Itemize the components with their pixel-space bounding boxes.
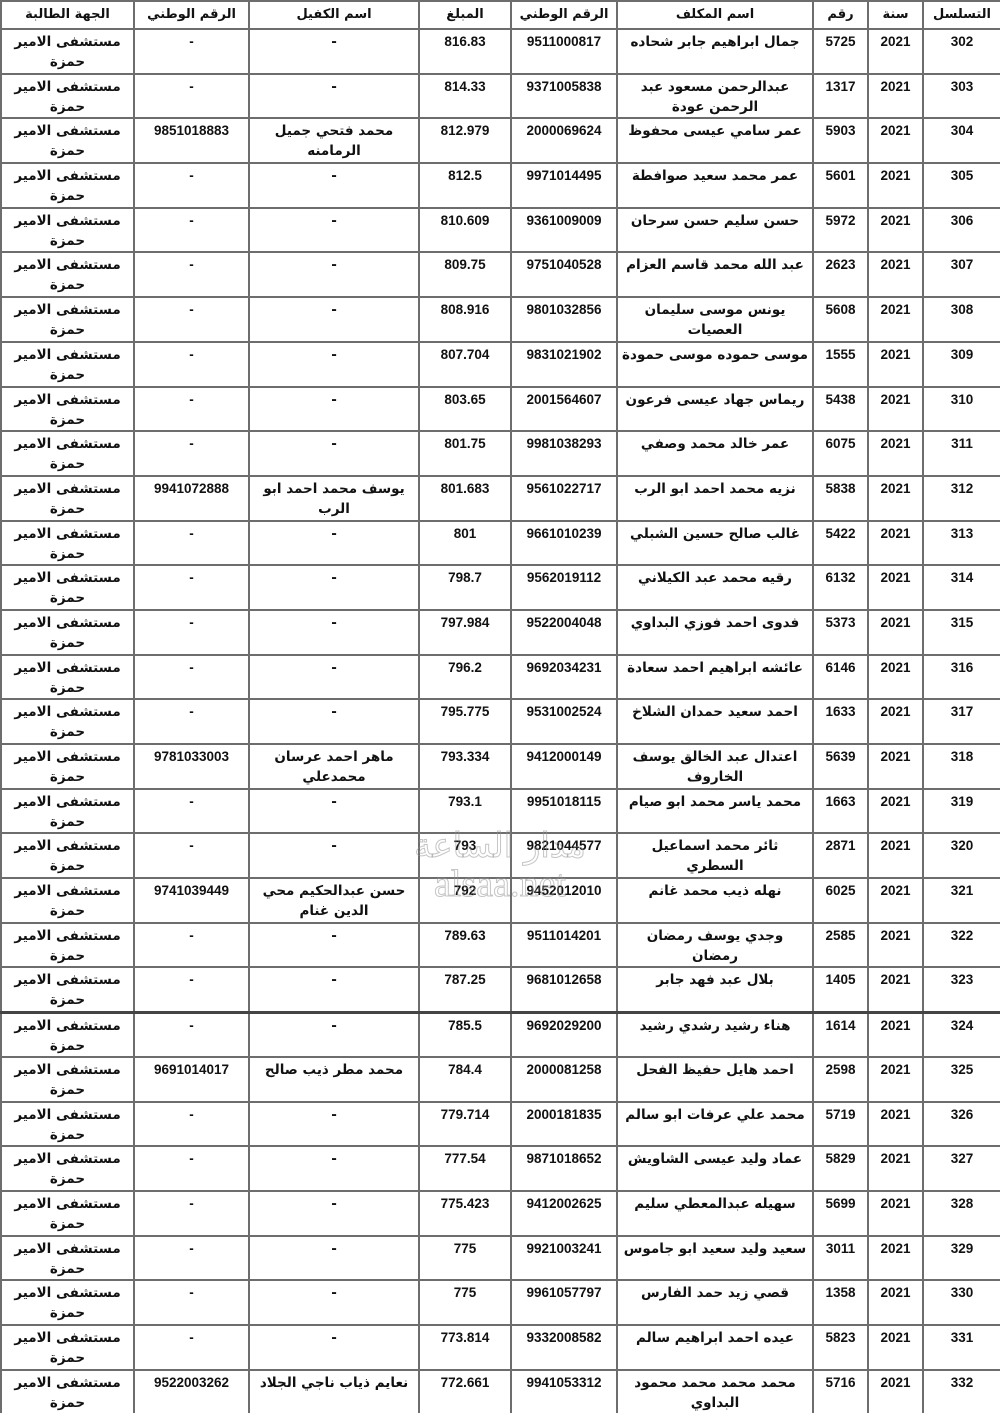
- cell-amount: 775: [419, 1280, 511, 1325]
- cell-guarantor-id: -: [134, 1325, 249, 1370]
- cell-guarantor-id: -: [134, 565, 249, 610]
- cell-number: 1405: [813, 967, 868, 1012]
- cell-name: فدوى احمد فوزي البداوي: [617, 610, 813, 655]
- table-row: 32820215699سهيله عبدالمعطي سليم941200262…: [1, 1191, 1000, 1236]
- cell-serial: 330: [923, 1280, 1000, 1325]
- cell-guarantor-name: -: [249, 521, 419, 566]
- liabilities-table: التسلسل سنة رقم اسم المكلف الرقم الوطني …: [0, 0, 1000, 1413]
- cell-name: عائشه ابراهيم احمد سعادة: [617, 655, 813, 700]
- cell-name: عبد الله محمد قاسم العزام: [617, 252, 813, 297]
- cell-national-id: 9971014495: [511, 163, 617, 208]
- cell-number: 5716: [813, 1370, 868, 1413]
- table-row: 32420211614هناء رشيد رشدي رشيد9692029200…: [1, 1012, 1000, 1057]
- table-row: 30720212623عبد الله محمد قاسم العزام9751…: [1, 252, 1000, 297]
- cell-number: 5823: [813, 1325, 868, 1370]
- cell-year: 2021: [868, 699, 923, 744]
- cell-amount: 787.25: [419, 967, 511, 1012]
- cell-guarantor-id: 9851018883: [134, 118, 249, 163]
- cell-name: ثائر محمد اسماعيل السطري: [617, 833, 813, 878]
- cell-year: 2021: [868, 833, 923, 878]
- cell-national-id: 9831021902: [511, 342, 617, 387]
- cell-amount: 798.7: [419, 565, 511, 610]
- cell-amount: 784.4: [419, 1057, 511, 1102]
- table-row: 33020211358قصي زيد حمد الفارس99610577977…: [1, 1280, 1000, 1325]
- cell-guarantor-name: -: [249, 1280, 419, 1325]
- cell-national-id: 9371005838: [511, 74, 617, 119]
- cell-serial: 312: [923, 476, 1000, 521]
- cell-name: محمد ياسر محمد ابو صيام: [617, 789, 813, 834]
- cell-name: ريماس جهاد عيسى فرعون: [617, 387, 813, 432]
- cell-name: غالب صالح حسين الشبلي: [617, 521, 813, 566]
- cell-serial: 305: [923, 163, 1000, 208]
- cell-serial: 302: [923, 29, 1000, 74]
- cell-year: 2021: [868, 297, 923, 342]
- cell-number: 2585: [813, 923, 868, 968]
- table-row: 32920213011سعيد وليد سعيد ابو جاموس99210…: [1, 1236, 1000, 1281]
- cell-requesting-party: مستشفى الامير حمزة: [1, 789, 134, 834]
- cell-number: 1663: [813, 789, 868, 834]
- cell-guarantor-name: نعايم ذياب ناجي الجلاد: [249, 1370, 419, 1413]
- cell-number: 6146: [813, 655, 868, 700]
- cell-year: 2021: [868, 655, 923, 700]
- cell-guarantor-name: -: [249, 208, 419, 253]
- header-guarantor-id: الرقم الوطني: [134, 1, 249, 29]
- cell-requesting-party: مستشفى الامير حمزة: [1, 118, 134, 163]
- table-row: 30920211555موسى حموده موسى حمودة98310219…: [1, 342, 1000, 387]
- cell-amount: 773.814: [419, 1325, 511, 1370]
- cell-national-id: 9961057797: [511, 1280, 617, 1325]
- table-row: 30220215725جمال ابراهيم جابر شحاده951100…: [1, 29, 1000, 74]
- table-row: 31220215838نزيه محمد احمد ابو الرب956102…: [1, 476, 1000, 521]
- cell-guarantor-id: -: [134, 1146, 249, 1191]
- cell-national-id: 9921003241: [511, 1236, 617, 1281]
- cell-amount: 810.609: [419, 208, 511, 253]
- cell-guarantor-id: 9691014017: [134, 1057, 249, 1102]
- cell-guarantor-id: -: [134, 252, 249, 297]
- cell-national-id: 9522004048: [511, 610, 617, 655]
- cell-guarantor-id: 9941072888: [134, 476, 249, 521]
- cell-guarantor-name: -: [249, 699, 419, 744]
- cell-name: وجدي يوسف رمضان رمضان: [617, 923, 813, 968]
- cell-guarantor-id: -: [134, 1236, 249, 1281]
- cell-number: 2871: [813, 833, 868, 878]
- cell-guarantor-name: -: [249, 610, 419, 655]
- cell-serial: 306: [923, 208, 1000, 253]
- header-amount: المبلغ: [419, 1, 511, 29]
- cell-requesting-party: مستشفى الامير حمزة: [1, 297, 134, 342]
- cell-guarantor-id: 9741039449: [134, 878, 249, 923]
- table-row: 31020215438ريماس جهاد عيسى فرعون20015646…: [1, 387, 1000, 432]
- cell-serial: 307: [923, 252, 1000, 297]
- cell-requesting-party: مستشفى الامير حمزة: [1, 1370, 134, 1413]
- cell-national-id: 2000181835: [511, 1102, 617, 1147]
- cell-requesting-party: مستشفى الامير حمزة: [1, 610, 134, 655]
- cell-amount: 814.33: [419, 74, 511, 119]
- cell-number: 1614: [813, 1012, 868, 1057]
- cell-year: 2021: [868, 118, 923, 163]
- cell-number: 1317: [813, 74, 868, 119]
- cell-amount: 785.5: [419, 1012, 511, 1057]
- cell-national-id: 9821044577: [511, 833, 617, 878]
- cell-national-id: 9692034231: [511, 655, 617, 700]
- table-row: 31620216146عائشه ابراهيم احمد سعادة96920…: [1, 655, 1000, 700]
- cell-year: 2021: [868, 1325, 923, 1370]
- cell-amount: 801.75: [419, 431, 511, 476]
- cell-requesting-party: مستشفى الامير حمزة: [1, 521, 134, 566]
- cell-year: 2021: [868, 208, 923, 253]
- table-row: 30320211317عبدالرحمن مسعود عبد الرحمن عو…: [1, 74, 1000, 119]
- cell-guarantor-id: -: [134, 833, 249, 878]
- cell-year: 2021: [868, 431, 923, 476]
- cell-serial: 314: [923, 565, 1000, 610]
- cell-name: عمر محمد سعيد صوافطة: [617, 163, 813, 208]
- cell-requesting-party: مستشفى الامير حمزة: [1, 476, 134, 521]
- cell-serial: 309: [923, 342, 1000, 387]
- cell-number: 3011: [813, 1236, 868, 1281]
- cell-requesting-party: مستشفى الامير حمزة: [1, 29, 134, 74]
- cell-requesting-party: مستشفى الامير حمزة: [1, 699, 134, 744]
- cell-number: 5608: [813, 297, 868, 342]
- cell-name: نهله ذيب محمد غانم: [617, 878, 813, 923]
- cell-national-id: 2000081258: [511, 1057, 617, 1102]
- cell-serial: 331: [923, 1325, 1000, 1370]
- cell-serial: 317: [923, 699, 1000, 744]
- cell-guarantor-id: -: [134, 1012, 249, 1057]
- cell-guarantor-name: -: [249, 387, 419, 432]
- cell-name: حسن سليم حسن سرحان: [617, 208, 813, 253]
- cell-guarantor-id: -: [134, 967, 249, 1012]
- cell-serial: 326: [923, 1102, 1000, 1147]
- cell-serial: 332: [923, 1370, 1000, 1413]
- cell-requesting-party: مستشفى الامير حمزة: [1, 431, 134, 476]
- cell-guarantor-name: يوسف محمد احمد ابو الرب: [249, 476, 419, 521]
- cell-guarantor-id: -: [134, 163, 249, 208]
- cell-guarantor-name: -: [249, 1325, 419, 1370]
- cell-serial: 328: [923, 1191, 1000, 1236]
- cell-number: 5972: [813, 208, 868, 253]
- cell-guarantor-name: -: [249, 967, 419, 1012]
- cell-amount: 816.83: [419, 29, 511, 74]
- header-requesting-party: الجهة الطالبة: [1, 1, 134, 29]
- cell-requesting-party: مستشفى الامير حمزة: [1, 208, 134, 253]
- cell-requesting-party: مستشفى الامير حمزة: [1, 1057, 134, 1102]
- cell-number: 2598: [813, 1057, 868, 1102]
- cell-number: 5903: [813, 118, 868, 163]
- cell-serial: 322: [923, 923, 1000, 968]
- table-row: 32620215719محمد علي عرفات ابو سالم200018…: [1, 1102, 1000, 1147]
- cell-guarantor-id: -: [134, 74, 249, 119]
- table-row: 30620215972حسن سليم حسن سرحان93610090098…: [1, 208, 1000, 253]
- cell-serial: 316: [923, 655, 1000, 700]
- cell-name: احمد هايل حفيظ الفحل: [617, 1057, 813, 1102]
- cell-number: 2623: [813, 252, 868, 297]
- table-row: 32020212871ثائر محمد اسماعيل السطري98210…: [1, 833, 1000, 878]
- cell-amount: 801: [419, 521, 511, 566]
- cell-requesting-party: مستشفى الامير حمزة: [1, 1325, 134, 1370]
- cell-name: بلال عبد فهد جابر: [617, 967, 813, 1012]
- cell-name: عماد وليد عيسى الشاويش: [617, 1146, 813, 1191]
- table-row: 32320211405بلال عبد فهد جابر968101265878…: [1, 967, 1000, 1012]
- cell-amount: 809.75: [419, 252, 511, 297]
- cell-requesting-party: مستشفى الامير حمزة: [1, 1012, 134, 1057]
- cell-serial: 324: [923, 1012, 1000, 1057]
- cell-serial: 319: [923, 789, 1000, 834]
- cell-amount: 792: [419, 878, 511, 923]
- cell-number: 6132: [813, 565, 868, 610]
- cell-year: 2021: [868, 1146, 923, 1191]
- cell-amount: 793.1: [419, 789, 511, 834]
- cell-guarantor-id: 9522003262: [134, 1370, 249, 1413]
- cell-amount: 789.63: [419, 923, 511, 968]
- cell-year: 2021: [868, 163, 923, 208]
- cell-requesting-party: مستشفى الامير حمزة: [1, 833, 134, 878]
- cell-serial: 308: [923, 297, 1000, 342]
- cell-national-id: 2000069624: [511, 118, 617, 163]
- cell-national-id: 9511014201: [511, 923, 617, 968]
- table-row: 31920211663محمد ياسر محمد ابو صيام995101…: [1, 789, 1000, 834]
- cell-guarantor-name: -: [249, 252, 419, 297]
- header-row: التسلسل سنة رقم اسم المكلف الرقم الوطني …: [1, 1, 1000, 29]
- cell-guarantor-name: -: [249, 163, 419, 208]
- cell-guarantor-name: -: [249, 923, 419, 968]
- cell-year: 2021: [868, 1191, 923, 1236]
- cell-serial: 321: [923, 878, 1000, 923]
- cell-national-id: 9801032856: [511, 297, 617, 342]
- cell-serial: 304: [923, 118, 1000, 163]
- cell-guarantor-name: -: [249, 789, 419, 834]
- table-row: 30820215608يونس موسى سليمان العصيات98010…: [1, 297, 1000, 342]
- cell-name: عمر سامي عيسى محفوظ: [617, 118, 813, 163]
- header-guarantor-name: اسم الكفيل: [249, 1, 419, 29]
- cell-amount: 775: [419, 1236, 511, 1281]
- cell-number: 1555: [813, 342, 868, 387]
- cell-requesting-party: مستشفى الامير حمزة: [1, 342, 134, 387]
- cell-guarantor-id: -: [134, 610, 249, 655]
- cell-requesting-party: مستشفى الامير حمزة: [1, 163, 134, 208]
- cell-name: رقيه محمد عبد الكيلاني: [617, 565, 813, 610]
- header-national-id: الرقم الوطني: [511, 1, 617, 29]
- cell-guarantor-id: -: [134, 923, 249, 968]
- cell-number: 5639: [813, 744, 868, 789]
- cell-year: 2021: [868, 252, 923, 297]
- cell-requesting-party: مستشفى الامير حمزة: [1, 1146, 134, 1191]
- cell-requesting-party: مستشفى الامير حمزة: [1, 967, 134, 1012]
- cell-guarantor-id: -: [134, 29, 249, 74]
- cell-requesting-party: مستشفى الامير حمزة: [1, 74, 134, 119]
- cell-requesting-party: مستشفى الامير حمزة: [1, 1191, 134, 1236]
- cell-guarantor-id: -: [134, 1191, 249, 1236]
- cell-national-id: 9332008582: [511, 1325, 617, 1370]
- table-row: 31520215373فدوى احمد فوزي البداوي9522004…: [1, 610, 1000, 655]
- cell-guarantor-id: -: [134, 1102, 249, 1147]
- cell-guarantor-name: ماهر احمد عرسان محمدعلي: [249, 744, 419, 789]
- cell-number: 5422: [813, 521, 868, 566]
- cell-guarantor-id: -: [134, 699, 249, 744]
- cell-guarantor-id: -: [134, 431, 249, 476]
- cell-serial: 329: [923, 1236, 1000, 1281]
- cell-name: عيده احمد ابراهيم سالم: [617, 1325, 813, 1370]
- cell-requesting-party: مستشفى الامير حمزة: [1, 387, 134, 432]
- cell-amount: 775.423: [419, 1191, 511, 1236]
- cell-guarantor-id: -: [134, 521, 249, 566]
- cell-number: 6075: [813, 431, 868, 476]
- table-row: 31320215422غالب صالح حسين الشبلي96610102…: [1, 521, 1000, 566]
- cell-national-id: 9412002625: [511, 1191, 617, 1236]
- cell-number: 5719: [813, 1102, 868, 1147]
- cell-name: نزيه محمد احمد ابو الرب: [617, 476, 813, 521]
- cell-guarantor-name: محمد مطر ذيب صالح: [249, 1057, 419, 1102]
- cell-requesting-party: مستشفى الامير حمزة: [1, 744, 134, 789]
- table-row: 32520212598احمد هايل حفيظ الفحل200008125…: [1, 1057, 1000, 1102]
- cell-guarantor-id: -: [134, 208, 249, 253]
- cell-serial: 320: [923, 833, 1000, 878]
- cell-name: محمد علي عرفات ابو سالم: [617, 1102, 813, 1147]
- cell-number: 1633: [813, 699, 868, 744]
- header-serial: التسلسل: [923, 1, 1000, 29]
- cell-guarantor-id: -: [134, 789, 249, 834]
- cell-requesting-party: مستشفى الامير حمزة: [1, 1102, 134, 1147]
- cell-year: 2021: [868, 967, 923, 1012]
- cell-amount: 807.704: [419, 342, 511, 387]
- cell-guarantor-id: -: [134, 297, 249, 342]
- cell-national-id: 9751040528: [511, 252, 617, 297]
- cell-guarantor-name: -: [249, 1102, 419, 1147]
- cell-year: 2021: [868, 565, 923, 610]
- table-row: 31720211633احمد سعيد حمدان الشلاخ9531002…: [1, 699, 1000, 744]
- cell-amount: 808.916: [419, 297, 511, 342]
- cell-requesting-party: مستشفى الامير حمزة: [1, 1236, 134, 1281]
- cell-requesting-party: مستشفى الامير حمزة: [1, 1280, 134, 1325]
- cell-amount: 772.661: [419, 1370, 511, 1413]
- cell-serial: 327: [923, 1146, 1000, 1191]
- cell-national-id: 9871018652: [511, 1146, 617, 1191]
- cell-amount: 812.5: [419, 163, 511, 208]
- cell-national-id: 2001564607: [511, 387, 617, 432]
- cell-year: 2021: [868, 1236, 923, 1281]
- table-row: 30520215601عمر محمد سعيد صوافطة997101449…: [1, 163, 1000, 208]
- header-number: رقم: [813, 1, 868, 29]
- cell-year: 2021: [868, 74, 923, 119]
- cell-requesting-party: مستشفى الامير حمزة: [1, 878, 134, 923]
- cell-amount: 793: [419, 833, 511, 878]
- cell-guarantor-name: -: [249, 29, 419, 74]
- cell-guarantor-name: محمد فتحي جميل الرمامنه: [249, 118, 419, 163]
- cell-number: 5699: [813, 1191, 868, 1236]
- cell-national-id: 9511000817: [511, 29, 617, 74]
- cell-national-id: 9452012010: [511, 878, 617, 923]
- table-row: 32720215829عماد وليد عيسى الشاويش9871018…: [1, 1146, 1000, 1191]
- cell-amount: 796.2: [419, 655, 511, 700]
- cell-number: 5373: [813, 610, 868, 655]
- cell-name: سهيله عبدالمعطي سليم: [617, 1191, 813, 1236]
- cell-year: 2021: [868, 1370, 923, 1413]
- cell-year: 2021: [868, 923, 923, 968]
- cell-amount: 801.683: [419, 476, 511, 521]
- cell-national-id: 9692029200: [511, 1012, 617, 1057]
- cell-guarantor-name: -: [249, 342, 419, 387]
- cell-name: هناء رشيد رشدي رشيد: [617, 1012, 813, 1057]
- cell-number: 6025: [813, 878, 868, 923]
- cell-guarantor-name: -: [249, 74, 419, 119]
- cell-guarantor-name: -: [249, 1012, 419, 1057]
- cell-guarantor-name: -: [249, 297, 419, 342]
- table-row: 30420215903عمر سامي عيسى محفوظ2000069624…: [1, 118, 1000, 163]
- cell-national-id: 9951018115: [511, 789, 617, 834]
- cell-number: 5829: [813, 1146, 868, 1191]
- cell-national-id: 9361009009: [511, 208, 617, 253]
- cell-name: عبدالرحمن مسعود عبد الرحمن عودة: [617, 74, 813, 119]
- cell-amount: 795.775: [419, 699, 511, 744]
- cell-year: 2021: [868, 29, 923, 74]
- cell-year: 2021: [868, 1057, 923, 1102]
- table-row: 32220212585وجدي يوسف رمضان رمضان95110142…: [1, 923, 1000, 968]
- cell-guarantor-id: -: [134, 342, 249, 387]
- cell-serial: 303: [923, 74, 1000, 119]
- cell-guarantor-name: -: [249, 565, 419, 610]
- cell-amount: 777.54: [419, 1146, 511, 1191]
- cell-name: موسى حموده موسى حمودة: [617, 342, 813, 387]
- header-year: سنة: [868, 1, 923, 29]
- cell-name: جمال ابراهيم جابر شحاده: [617, 29, 813, 74]
- cell-guarantor-id: -: [134, 387, 249, 432]
- cell-serial: 311: [923, 431, 1000, 476]
- cell-requesting-party: مستشفى الامير حمزة: [1, 923, 134, 968]
- cell-amount: 812.979: [419, 118, 511, 163]
- cell-requesting-party: مستشفى الامير حمزة: [1, 565, 134, 610]
- cell-national-id: 9412000149: [511, 744, 617, 789]
- cell-guarantor-name: -: [249, 833, 419, 878]
- cell-amount: 793.334: [419, 744, 511, 789]
- cell-guarantor-id: -: [134, 1280, 249, 1325]
- table-row: 31420216132رقيه محمد عبد الكيلاني9562019…: [1, 565, 1000, 610]
- header-name: اسم المكلف: [617, 1, 813, 29]
- cell-name: احمد سعيد حمدان الشلاخ: [617, 699, 813, 744]
- cell-serial: 313: [923, 521, 1000, 566]
- cell-year: 2021: [868, 1280, 923, 1325]
- cell-guarantor-name: -: [249, 1146, 419, 1191]
- table-row: 32120216025نهله ذيب محمد غانم94520120107…: [1, 878, 1000, 923]
- cell-guarantor-id: -: [134, 655, 249, 700]
- cell-year: 2021: [868, 878, 923, 923]
- cell-year: 2021: [868, 342, 923, 387]
- cell-guarantor-name: -: [249, 1236, 419, 1281]
- cell-number: 5438: [813, 387, 868, 432]
- cell-national-id: 9531002524: [511, 699, 617, 744]
- cell-year: 2021: [868, 521, 923, 566]
- cell-serial: 325: [923, 1057, 1000, 1102]
- cell-national-id: 9562019112: [511, 565, 617, 610]
- cell-name: قصي زيد حمد الفارس: [617, 1280, 813, 1325]
- cell-number: 5838: [813, 476, 868, 521]
- table-row: 31820215639اعتدال عبد الخالق يوسف الخارو…: [1, 744, 1000, 789]
- cell-serial: 318: [923, 744, 1000, 789]
- cell-serial: 310: [923, 387, 1000, 432]
- cell-national-id: 9561022717: [511, 476, 617, 521]
- cell-guarantor-name: حسن عبدالحكيم محي الدين غنام: [249, 878, 419, 923]
- cell-national-id: 9661010239: [511, 521, 617, 566]
- table-row: 33120215823عيده احمد ابراهيم سالم9332008…: [1, 1325, 1000, 1370]
- cell-year: 2021: [868, 387, 923, 432]
- table-row: 33220215716محمد محمد محمد محمود البداوي9…: [1, 1370, 1000, 1413]
- cell-amount: 779.714: [419, 1102, 511, 1147]
- table-row: 31120216075عمر خالد محمد وصفي99810382938…: [1, 431, 1000, 476]
- cell-requesting-party: مستشفى الامير حمزة: [1, 252, 134, 297]
- cell-name: سعيد وليد سعيد ابو جاموس: [617, 1236, 813, 1281]
- cell-number: 5601: [813, 163, 868, 208]
- cell-year: 2021: [868, 1012, 923, 1057]
- cell-guarantor-id: 9781033003: [134, 744, 249, 789]
- cell-guarantor-name: -: [249, 655, 419, 700]
